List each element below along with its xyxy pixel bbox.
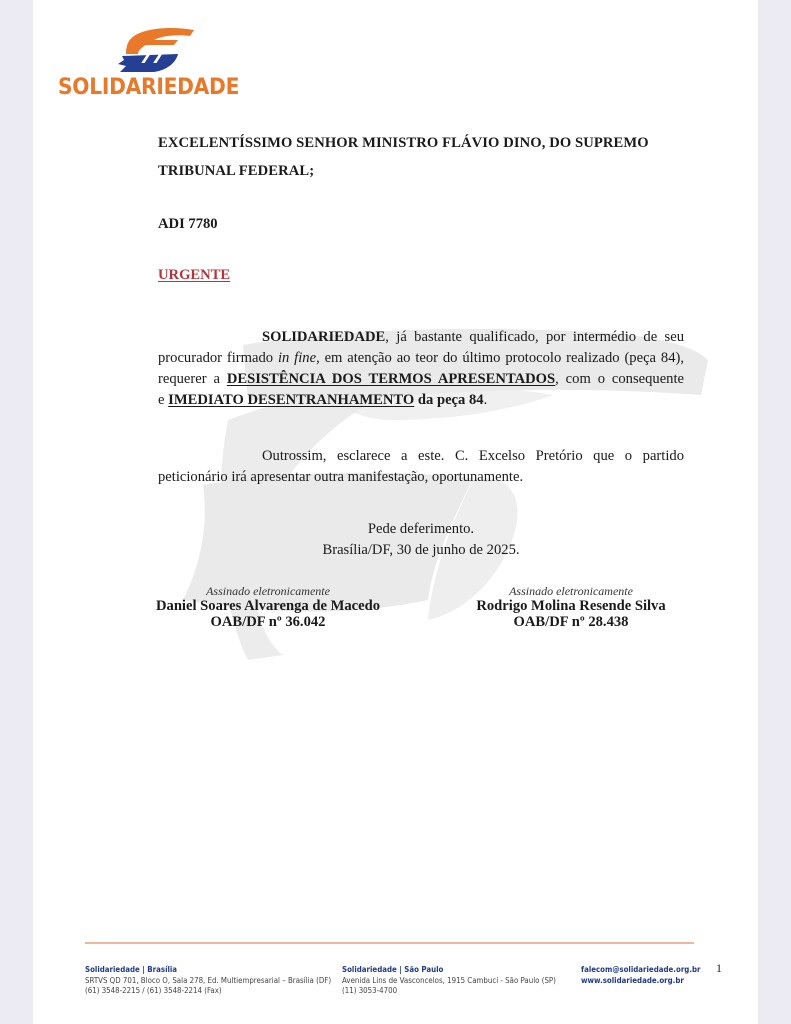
italic-term: in fine bbox=[278, 350, 316, 366]
footer-email-link[interactable]: falecom@solidariedade.org.br bbox=[581, 964, 701, 975]
place-date: Brasília/DF, 30 de junho de 2025. bbox=[158, 540, 684, 561]
text-span: , já bastante qualificado, por intermédi… bbox=[385, 329, 684, 345]
page-number: 1 bbox=[716, 961, 722, 976]
paragraph-line: peticionário irá apresentar outra manife… bbox=[158, 467, 684, 488]
text-span: , com o consequente bbox=[555, 371, 684, 387]
footer-address: SRTVS QD 701, Bloco O, Sala 278, Ed. Mul… bbox=[85, 975, 331, 986]
desistance-request: DESISTÊNCIA DOS TERMOS APRESENTADOS bbox=[227, 371, 555, 387]
footer-office-city: Brasília bbox=[147, 964, 177, 974]
text-span: procurador firmado bbox=[158, 350, 278, 366]
signer-oab: OAB/DF nº 28.438 bbox=[441, 614, 701, 631]
party-77-flag-icon: 77 bbox=[116, 26, 196, 74]
removal-request: IMEDIATO DESENTRANHAMENTO bbox=[168, 392, 414, 408]
paragraph-line: procurador firmado in fine, em atenção a… bbox=[158, 348, 684, 369]
document-page: 77 SOLIDARIEDADE EXCELENTÍSSIMO SENHOR M… bbox=[33, 0, 758, 1024]
case-number: ADI 7780 bbox=[158, 214, 218, 235]
signer-oab: OAB/DF nº 36.042 bbox=[138, 614, 398, 631]
footer-address: Avenida Lins de Vasconcelos, 1915 Cambuc… bbox=[342, 975, 556, 986]
party-name: SOLIDARIEDADE bbox=[262, 329, 385, 345]
footer-phone: (61) 3548-2215 / (61) 3548-2214 (Fax) bbox=[85, 985, 331, 996]
footer-contact: falecom@solidariedade.org.br www.solidar… bbox=[581, 964, 701, 985]
footer-sao-paulo: Solidariedade | São Paulo Avenida Lins d… bbox=[342, 964, 556, 996]
paragraph-line: requerer a DESISTÊNCIA DOS TERMOS APRESE… bbox=[158, 369, 684, 390]
closing-block: Pede deferimento. Brasília/DF, 30 de jun… bbox=[158, 519, 684, 561]
footer-office-city: São Paulo bbox=[404, 964, 443, 974]
text-span: , em atenção ao teor do último protocolo… bbox=[316, 350, 684, 366]
footer-office-title: Solidariedade bbox=[342, 964, 397, 974]
urgent-label: URGENTE bbox=[158, 265, 230, 286]
svg-text:77: 77 bbox=[140, 48, 164, 68]
closing-text: Pede deferimento. bbox=[158, 519, 684, 540]
solidariedade-logo: 77 SOLIDARIEDADE bbox=[58, 26, 248, 101]
text-span: . bbox=[484, 392, 488, 408]
text-span: da peça 84 bbox=[414, 392, 483, 408]
footer-phone: (11) 3053-4700 bbox=[342, 985, 556, 996]
clarification-paragraph: Outrossim, esclarece a este. C. Excelso … bbox=[158, 446, 684, 488]
paragraph-line: e IMEDIATO DESENTRANHAMENTO da peça 84. bbox=[158, 390, 684, 411]
signer-name: Rodrigo Molina Resende Silva bbox=[441, 598, 701, 614]
footer-divider bbox=[85, 942, 694, 944]
logo-wordmark: SOLIDARIEDADE bbox=[58, 75, 239, 100]
signer-name: Daniel Soares Alvarenga de Macedo bbox=[138, 598, 398, 614]
paragraph-line: Outrossim, esclarece a este. C. Excelso … bbox=[158, 446, 684, 467]
paragraph-line: SOLIDARIEDADE, já bastante qualificado, … bbox=[158, 327, 684, 348]
petition-paragraph: SOLIDARIEDADE, já bastante qualificado, … bbox=[158, 327, 684, 411]
footer-office-title: Solidariedade bbox=[85, 964, 140, 974]
signature-label: Assinado eletronicamente bbox=[441, 584, 701, 598]
addressee-line: TRIBUNAL FEDERAL; bbox=[158, 161, 314, 182]
footer-brasilia: Solidariedade | Brasília SRTVS QD 701, B… bbox=[85, 964, 331, 996]
signature-left: Assinado eletronicamente Daniel Soares A… bbox=[138, 584, 398, 631]
footer-website-link[interactable]: www.solidariedade.org.br bbox=[581, 975, 701, 986]
text-span: e bbox=[158, 392, 168, 408]
signature-right: Assinado eletronicamente Rodrigo Molina … bbox=[441, 584, 701, 631]
signature-label: Assinado eletronicamente bbox=[138, 584, 398, 598]
addressee-line: EXCELENTÍSSIMO SENHOR MINISTRO FLÁVIO DI… bbox=[158, 133, 649, 154]
text-span: requerer a bbox=[158, 371, 227, 387]
